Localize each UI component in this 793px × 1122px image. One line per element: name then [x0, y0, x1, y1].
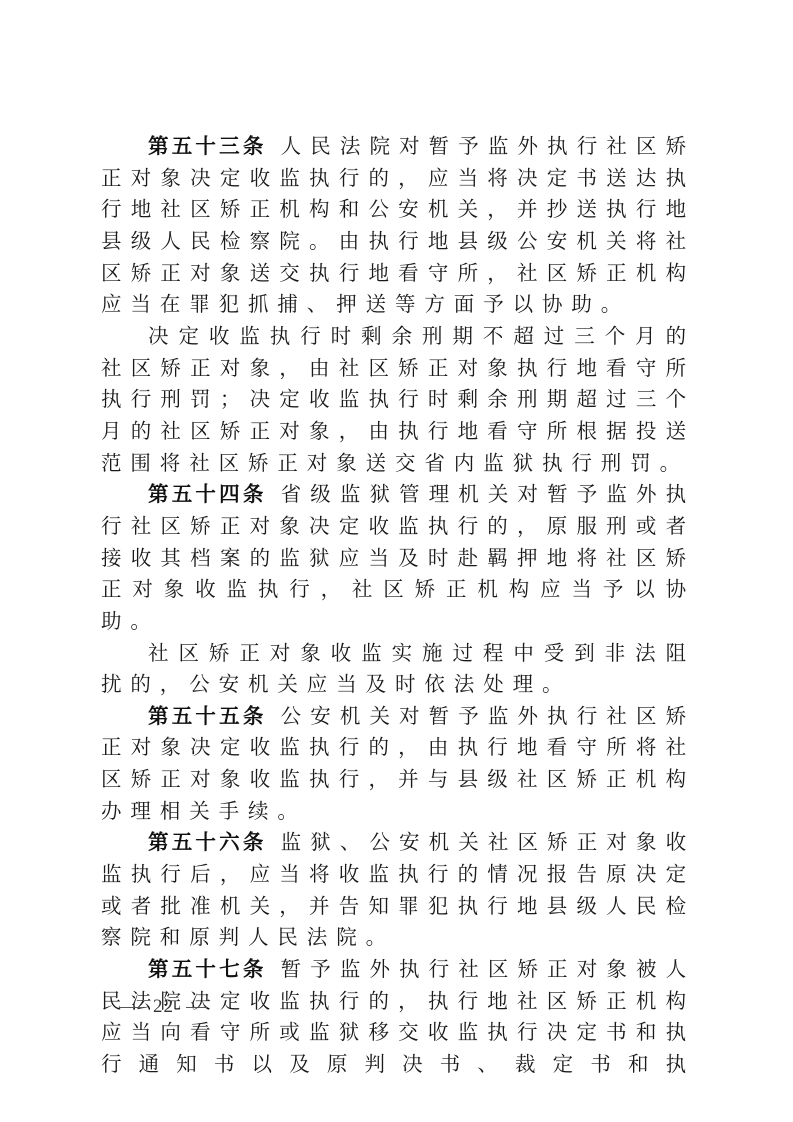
paragraph-text: 社区矫正对象收监实施过程中受到非法阻扰的，公安机关应当及时依法处理。 — [101, 641, 695, 697]
article-heading: 第五十四条 — [148, 482, 267, 506]
paragraph-article-55: 第五十五条公安机关对暂予监外执行社区矫正对象决定收监执行的，由执行地看守所将社区… — [101, 701, 695, 828]
paragraph-article-53: 第五十三条人民法院对暂予监外执行社区矫正对象决定收监执行的，应当将决定书送达执行… — [101, 131, 695, 321]
paragraph-article-54: 第五十四条省级监狱管理机关对暂予监外执行社区矫正对象决定收监执行的，原服刑或者接… — [101, 479, 695, 637]
footer-dash-left — [119, 1007, 141, 1008]
paragraph-text: 人民法院对暂予监外执行社区矫正对象决定收监执行的，应当将决定书送达执行地社区矫正… — [101, 134, 695, 316]
paragraph-article-53-part-2: 决定收监执行时剩余刑期不超过三个月的社区矫正对象，由社区矫正对象执行地看守所执行… — [101, 321, 695, 479]
paragraph-article-54-part-2: 社区矫正对象收监实施过程中受到非法阻扰的，公安机关应当及时依法处理。 — [101, 638, 695, 701]
article-heading: 第五十七条 — [148, 957, 267, 981]
page-footer: 22 — [119, 996, 208, 1018]
document-page: 第五十三条人民法院对暂予监外执行社区矫正对象决定收监执行的，应当将决定书送达执行… — [0, 0, 793, 1122]
article-heading: 第五十三条 — [148, 134, 267, 158]
article-heading: 第五十六条 — [148, 830, 267, 854]
document-body: 第五十三条人民法院对暂予监外执行社区矫正对象决定收监执行的，应当将决定书送达执行… — [101, 131, 695, 1081]
paragraph-article-56: 第五十六条监狱、公安机关社区矫正对象收监执行后，应当将收监执行的情况报告原决定或… — [101, 827, 695, 954]
paragraph-text: 决定收监执行时剩余刑期不超过三个月的社区矫正对象，由社区矫正对象执行地看守所执行… — [101, 324, 695, 475]
footer-dash-right — [186, 1007, 208, 1008]
page-number: 22 — [153, 996, 174, 1017]
article-heading: 第五十五条 — [148, 704, 267, 728]
